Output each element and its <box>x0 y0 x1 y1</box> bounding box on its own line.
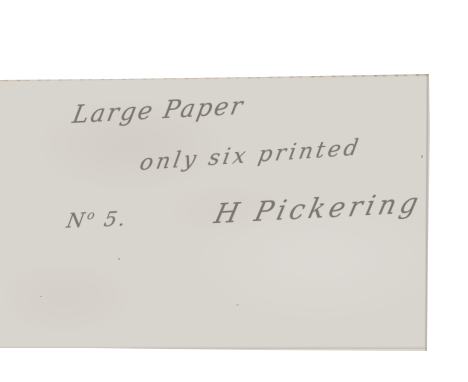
inscription-large-paper: Large Paper <box>70 92 247 129</box>
paper-leaf: Large Paper only six printed No 5. H Pic… <box>0 0 468 382</box>
foxing-speck <box>351 150 353 152</box>
foxing-speck <box>421 155 423 158</box>
paper-right-edge <box>424 74 429 353</box>
foxing-speck <box>118 258 120 260</box>
inscription-signature: H Pickering <box>211 188 425 230</box>
copy-number-n: N <box>65 208 89 233</box>
paper-bottom-edge <box>0 346 428 349</box>
foxing-speck <box>40 296 42 297</box>
photo-background: Large Paper only six printed No 5. H Pic… <box>0 0 468 382</box>
foxing-speck <box>236 304 239 306</box>
inscription-only-six-printed: only six printed <box>138 135 363 176</box>
inscription-copy-number: No 5. <box>65 206 130 233</box>
paper-browned-top-edge <box>0 70 438 81</box>
copy-number-value: 5. <box>94 206 130 231</box>
